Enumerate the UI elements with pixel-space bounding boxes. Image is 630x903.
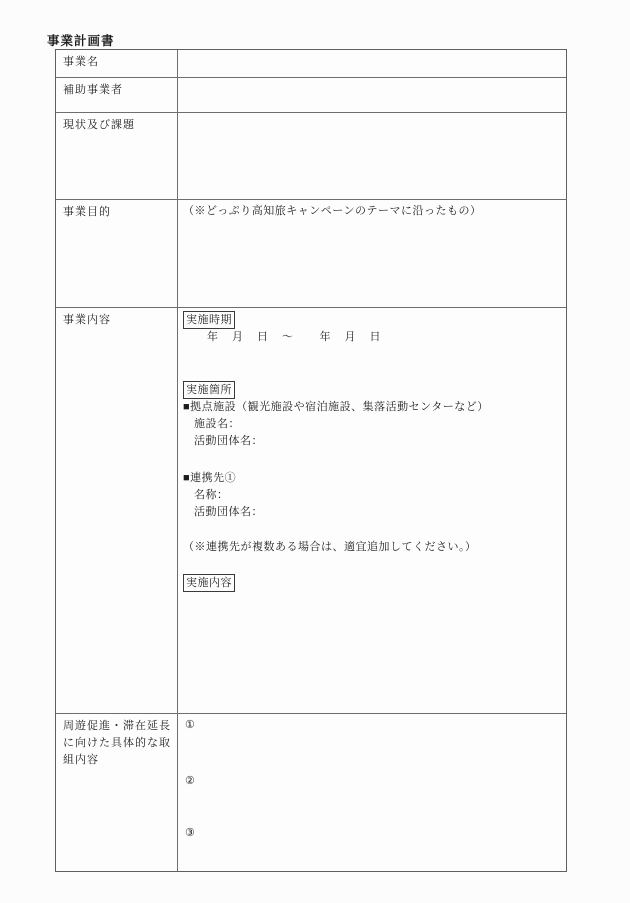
content-heading-box: 実施内容 — [183, 574, 235, 592]
period-heading-box: 実施時期 — [183, 311, 235, 329]
business-plan-table: 事業名 補助事業者 現状及び課題 事業目的 （※どっぷり高知旅キャンペーンのテー… — [55, 49, 567, 872]
partner-heading-line: ■連携先① — [183, 470, 558, 487]
facility-name-label: 施設名： — [183, 416, 558, 433]
period-value-line: 年 月 日 ～ 年 月 日 — [183, 329, 558, 346]
spacer — [183, 450, 558, 470]
subsidized-operator-label: 補助事業者 — [56, 78, 178, 112]
business-purpose-label: 事業目的 — [56, 200, 178, 307]
excursion-promotion-field[interactable]: ① ② ③ — [178, 714, 566, 871]
row-excursion-promotion: 周遊促進・滞在延長 に向けた具体的な取 組内容 ① ② ③ — [56, 714, 566, 871]
item-3-marker: ③ — [183, 825, 558, 842]
page-title: 事業計画書 — [47, 31, 115, 49]
current-status-issues-label: 現状及び課題 — [56, 113, 178, 199]
row-current-status-issues: 現状及び課題 — [56, 113, 566, 200]
business-content-label: 事業内容 — [56, 308, 178, 713]
business-plan-document: 事業計画書 事業名 補助事業者 現状及び課題 事業目的 （※どっぷり高知旅キャン… — [0, 0, 630, 903]
row-subsidized-operator: 補助事業者 — [56, 78, 566, 113]
business-content-field[interactable]: 実施時期 年 月 日 ～ 年 月 日 実施箇所 ■拠点施設（観光施設や宿泊施設、… — [178, 308, 566, 713]
spacer — [183, 521, 558, 539]
business-name-label: 事業名 — [56, 50, 178, 77]
business-name-field[interactable] — [178, 50, 566, 77]
row-business-name: 事業名 — [56, 50, 566, 78]
row-business-content: 事業内容 実施時期 年 月 日 ～ 年 月 日 実施箇所 ■拠点施設（観光施設や… — [56, 308, 566, 714]
item-2-marker: ② — [183, 773, 558, 790]
current-status-issues-field[interactable] — [178, 113, 566, 199]
spacer — [183, 556, 558, 574]
base-facility-line: ■拠点施設（観光施設や宿泊施設、集落活動センターなど） — [183, 399, 558, 416]
item-1-marker: ① — [183, 717, 558, 734]
partner-note-line: （※連携先が複数ある場合は、適宜追加してください。） — [183, 539, 558, 556]
business-purpose-note: （※どっぷり高知旅キャンペーンのテーマに沿ったもの） — [183, 203, 558, 220]
partner-group-label: 活動団体名： — [183, 504, 558, 521]
subsidized-operator-field[interactable] — [178, 78, 566, 112]
location-heading-box: 実施箇所 — [183, 381, 235, 399]
spacer — [183, 346, 558, 381]
facility-group-label: 活動団体名： — [183, 433, 558, 450]
excursion-promotion-label: 周遊促進・滞在延長 に向けた具体的な取 組内容 — [56, 714, 178, 871]
row-business-purpose: 事業目的 （※どっぷり高知旅キャンペーンのテーマに沿ったもの） — [56, 200, 566, 308]
business-purpose-field[interactable]: （※どっぷり高知旅キャンペーンのテーマに沿ったもの） — [178, 200, 566, 307]
partner-name-label: 名称： — [183, 487, 558, 504]
